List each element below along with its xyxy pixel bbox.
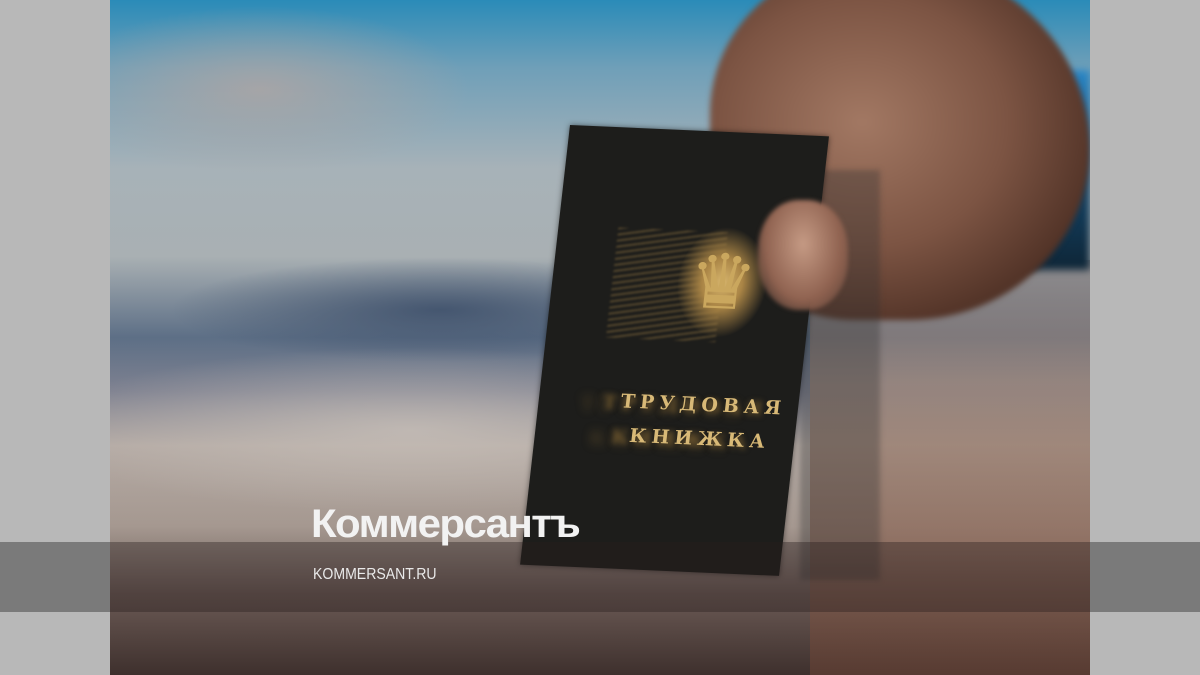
caption-band xyxy=(0,542,1200,612)
site-url: KOMMERSANT.RU xyxy=(313,566,437,584)
caption-band-right xyxy=(1090,542,1200,612)
book-title-line1: ТРУДОВАЯ xyxy=(603,390,805,421)
thumb xyxy=(758,200,848,310)
book-title-line2: КНИЖКА xyxy=(599,424,801,455)
caption-band-left xyxy=(0,542,110,612)
kommersant-logo: Коммерсантъ xyxy=(311,500,579,548)
